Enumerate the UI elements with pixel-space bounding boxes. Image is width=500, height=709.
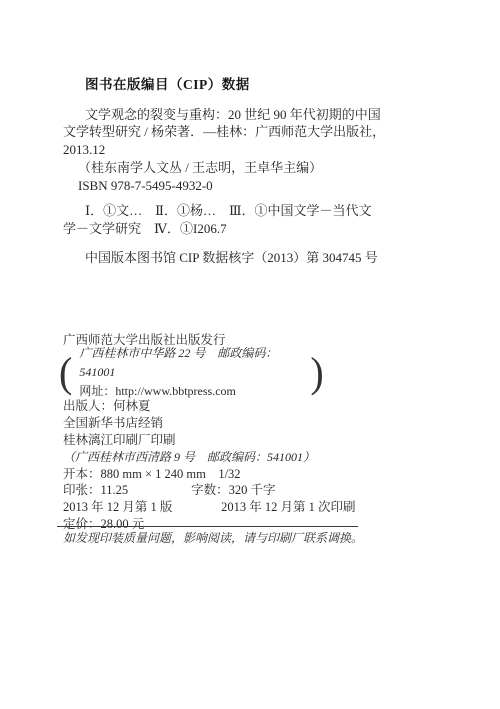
classification-block: Ⅰ．①文… Ⅱ．①杨… Ⅲ．①中国文学－当代文 学－文学研究 Ⅳ．①I206.7 xyxy=(63,202,408,237)
classification-line-1: Ⅰ．①文… Ⅱ．①杨… Ⅲ．①中国文学－当代文 xyxy=(85,202,408,220)
series-note: （桂东南学人文丛 / 王志明，王卓华主编） xyxy=(78,159,408,177)
cip-header: 图书在版编目（CIP）数据 xyxy=(85,76,408,94)
publication-date: 2013.12 xyxy=(63,141,408,159)
printer-line: 桂林漓江印刷厂印刷 xyxy=(63,432,408,449)
copyright-page: 图书在版编目（CIP）数据 文学观念的裂变与重构：20 世纪 90 年代初期的中… xyxy=(0,0,500,709)
close-paren: ) xyxy=(310,350,323,396)
cip-record-number: 中国版本图书馆 CIP 数据核字（2013）第 304745 号 xyxy=(85,249,408,267)
quality-notice: 如发现印装质量问题，影响阅读，请与印刷厂联系调换。 xyxy=(63,530,393,546)
footer-divider xyxy=(57,526,358,527)
publisher-address-block: ( 广西桂林市中华路 22 号 邮政编码：541001 网址：http://ww… xyxy=(59,351,408,395)
printing: 2013 年 12 月第 1 次印刷 xyxy=(221,500,355,514)
printer-address: （广西桂林市西清路 9 号 邮政编码：541001） xyxy=(63,449,408,466)
edition-printing-line: 2013 年 12 月第 1 版 2013 年 12 月第 1 次印刷 xyxy=(63,499,408,516)
format-line: 开本：880 mm × 1 240 mm 1/32 xyxy=(63,466,408,483)
publishing-info-section: 广西师范大学出版社出版发行 ( 广西桂林市中华路 22 号 邮政编码：54100… xyxy=(63,332,408,533)
distribution-line: 全国新华书店经销 xyxy=(63,415,408,432)
word-count: 字数：320 千字 xyxy=(191,483,275,497)
book-title-line-1: 文学观念的裂变与重构：20 世纪 90 年代初期的中国 xyxy=(85,106,408,124)
print-sheets: 印张：11.25 xyxy=(63,482,188,499)
publisher-address-lines: 广西桂林市中华路 22 号 邮政编码：541001 网址：http://www.… xyxy=(72,344,310,401)
cip-section: 图书在版编目（CIP）数据 文学观念的裂变与重构：20 世纪 90 年代初期的中… xyxy=(63,76,408,266)
edition: 2013 年 12 月第 1 版 xyxy=(63,499,218,516)
book-title-line-2: 文学转型研究 / 杨荣著．—桂林：广西师范大学出版社， xyxy=(63,123,408,141)
publisher-address: 广西桂林市中华路 22 号 邮政编码：541001 xyxy=(79,344,310,382)
isbn: ISBN 978-7-5495-4932-0 xyxy=(78,177,408,195)
classification-line-2: 学－文学研究 Ⅳ．①I206.7 xyxy=(63,220,408,238)
sheets-wordcount-line: 印张：11.25 字数：320 千字 xyxy=(63,482,408,499)
open-paren: ( xyxy=(59,350,72,396)
